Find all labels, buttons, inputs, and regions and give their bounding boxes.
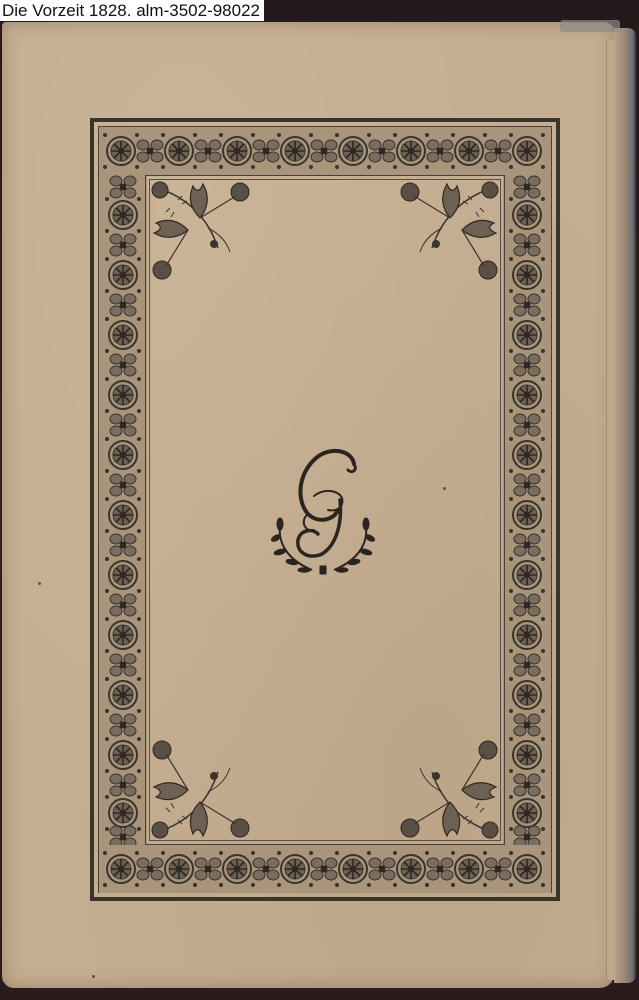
border-band-top — [99, 127, 551, 175]
laurel-wreath — [270, 518, 375, 574]
corner-flourish-bottom-left — [148, 724, 266, 842]
border-band-right — [503, 175, 551, 845]
monogram-emblem — [268, 440, 378, 580]
border-band-bottom — [99, 845, 551, 893]
border-band-left — [99, 175, 147, 845]
corner-flourish-top-left — [148, 178, 266, 296]
paper-speck — [443, 487, 446, 490]
paper-speck — [92, 975, 95, 978]
corner-flourish-bottom-right — [384, 724, 502, 842]
corner-flourish-top-right — [384, 178, 502, 296]
book-spine-edge — [614, 28, 636, 983]
worn-corner — [560, 20, 620, 32]
monogram-letter — [298, 451, 356, 556]
image-caption-label: Die Vorzeit 1828. alm-3502-98022 — [0, 0, 264, 21]
paper-speck — [38, 582, 41, 585]
page-edge — [606, 40, 615, 980]
